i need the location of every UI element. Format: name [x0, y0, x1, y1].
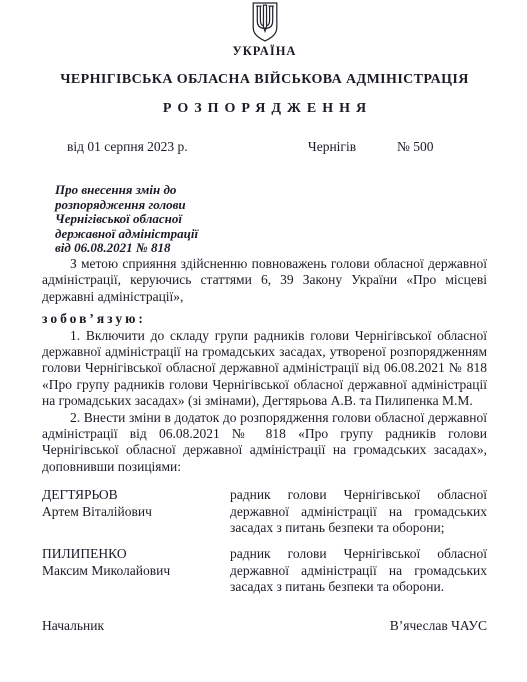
- country-name: УКРАЇНА: [42, 44, 487, 59]
- document-page: УКРАЇНА ЧЕРНІГІВСЬКА ОБЛАСНА ВІЙСЬКОВА А…: [0, 0, 527, 682]
- document-type-heading: РОЗПОРЯДЖЕННЯ: [42, 101, 487, 117]
- signature-row: Начальник В’ячеслав ЧАУС: [42, 618, 487, 634]
- ukraine-trident-emblem: [247, 2, 283, 42]
- advisor-surname: ПИЛИПЕНКО: [42, 546, 230, 562]
- subject-title: Про внесення змін до розпорядження голов…: [42, 183, 285, 256]
- advisor-role: радник голови Чернігівської обласної дер…: [230, 487, 487, 536]
- advisor-name: ДЕГТЯРЬОВ Артем Віталійович: [42, 487, 230, 520]
- obligate-word: зобов’язую:: [42, 311, 487, 327]
- document-city: Чернігів: [267, 139, 397, 155]
- organization-name: ЧЕРНІГІВСЬКА ОБЛАСНА ВІЙСЬКОВА АДМІНІСТР…: [42, 72, 487, 88]
- signatory-position: Начальник: [42, 618, 104, 634]
- advisor-surname: ДЕГТЯРЬОВ: [42, 487, 230, 503]
- advisor-role: радник голови Чернігівської обласної дер…: [230, 546, 487, 595]
- document-number: № 500: [397, 139, 487, 155]
- advisor-row: ДЕГТЯРЬОВ Артем Віталійович радник голов…: [42, 487, 487, 536]
- intro-paragraph: З метою сприяння здійсненню повноважень …: [42, 256, 487, 305]
- document-date: від 01 серпня 2023 р.: [42, 139, 267, 155]
- dateline: від 01 серпня 2023 р. Чернігів № 500: [42, 139, 487, 155]
- signatory-name: В’ячеслав ЧАУС: [390, 618, 487, 634]
- item-2-paragraph: 2. Внести зміни в додаток до розпоряджен…: [42, 410, 487, 476]
- emblem-block: УКРАЇНА: [42, 2, 487, 59]
- advisor-given-name: Артем Віталійович: [42, 504, 152, 519]
- advisor-row: ПИЛИПЕНКО Максим Миколайович радник голо…: [42, 546, 487, 595]
- item-1-paragraph: 1. Включити до складу групи радників гол…: [42, 328, 487, 410]
- advisors-list: ДЕГТЯРЬОВ Артем Віталійович радник голов…: [42, 487, 487, 595]
- advisor-name: ПИЛИПЕНКО Максим Миколайович: [42, 546, 230, 579]
- advisor-given-name: Максим Миколайович: [42, 563, 170, 578]
